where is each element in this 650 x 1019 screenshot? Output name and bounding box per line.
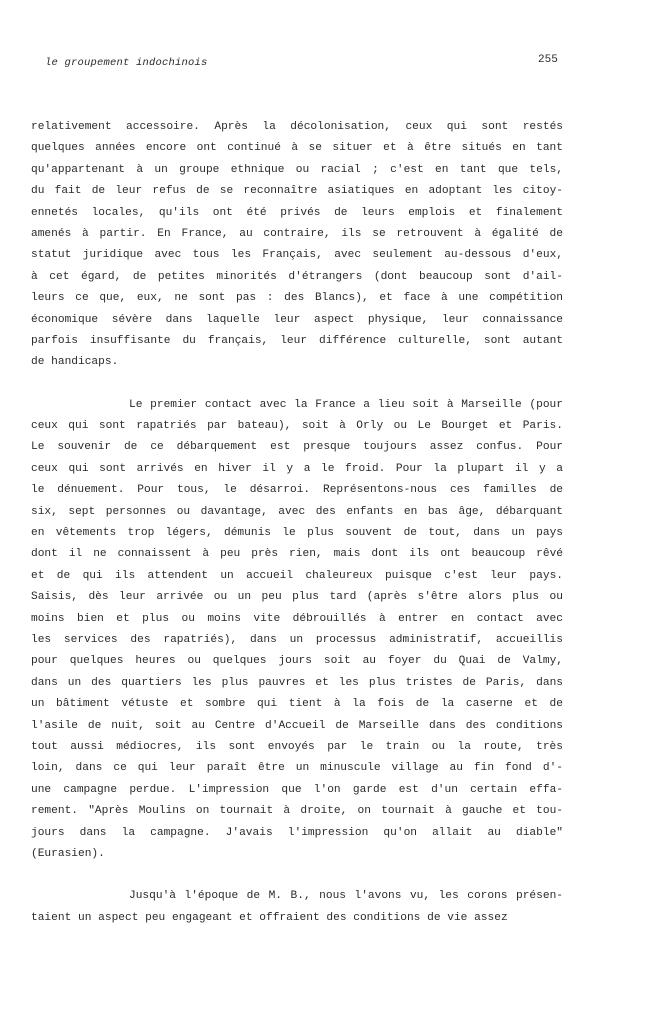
document-page: le groupement indochinois 255 relativeme… — [0, 0, 650, 1019]
text-line: en vêtements trop légers, démunis le plu… — [31, 523, 563, 544]
paragraph-gap — [31, 865, 563, 886]
paragraph-gap — [31, 374, 563, 395]
text-line: Jusqu'à l'époque de M. B., nous l'avons … — [31, 886, 563, 907]
text-line: parfois insuffisante du français, leur d… — [31, 331, 563, 352]
text-line: qu'appartenant à un groupe ethnique ou r… — [31, 160, 563, 181]
text-line: économique sévère dans laquelle leur asp… — [31, 310, 563, 331]
text-line: l'asile de nuit, soit au Centre d'Accuei… — [31, 716, 563, 737]
text-line: ceux qui sont rapatriés par bateau), soi… — [31, 416, 563, 437]
text-line: ceux qui sont arrivés en hiver il y a le… — [31, 459, 563, 480]
text-line: Le premier contact avec la France a lieu… — [31, 395, 563, 416]
text-line: leurs ce que, eux, ne sont pas : des Bla… — [31, 288, 563, 309]
text-line: tout aussi médiocres, ils sont envoyés p… — [31, 737, 563, 758]
text-line: dans un des quartiers les plus pauvres e… — [31, 673, 563, 694]
text-line: pour quelques heures ou quelques jours s… — [31, 651, 563, 672]
page-number: 255 — [538, 54, 558, 66]
text-line: Saisis, dès leur arrivée ou un peu plus … — [31, 587, 563, 608]
text-line: taient un aspect peu engageant et offrai… — [31, 908, 563, 929]
text-line: loin, dans ce qui leur paraît être un mi… — [31, 758, 563, 779]
text-line: à cet égard, de petites minorités d'étra… — [31, 267, 563, 288]
text-line: statut juridique avec tous les Français,… — [31, 245, 563, 266]
text-line: et de qui ils attendent un accueil chale… — [31, 566, 563, 587]
text-line: ennetés locales, qu'ils ont été privés d… — [31, 203, 563, 224]
text-line: du fait de leur refus de se reconnaître … — [31, 181, 563, 202]
text-line: jours dans la campagne. J'avais l'impres… — [31, 823, 563, 844]
running-title: le groupement indochinois — [45, 57, 208, 69]
paragraph: Le premier contact avec la France a lieu… — [31, 395, 563, 866]
text-line: le dénuement. Pour tous, le désarroi. Re… — [31, 480, 563, 501]
text-line: moins bien et plus ou moins vite débroui… — [31, 609, 563, 630]
paragraph: relativement accessoire. Après la décolo… — [31, 117, 563, 374]
text-line: de handicaps. — [31, 352, 563, 373]
text-line: Le souvenir de ce débarquement est presq… — [31, 437, 563, 458]
text-line: un bâtiment vétuste et sombre qui tient … — [31, 694, 563, 715]
text-line: quelques années encore ont continué à se… — [31, 138, 563, 159]
text-line: dont il ne connaissent à peu près rien, … — [31, 544, 563, 565]
text-line: les services des rapatriés), dans un pro… — [31, 630, 563, 651]
text-line: (Eurasien). — [31, 844, 563, 865]
text-line: six, sept personnes ou davantage, avec d… — [31, 502, 563, 523]
paragraph: Jusqu'à l'époque de M. B., nous l'avons … — [31, 886, 563, 929]
text-line: relativement accessoire. Après la décolo… — [31, 117, 563, 138]
text-line: rement. "Après Moulins on tournait à dro… — [31, 801, 563, 822]
text-line: une campagne perdue. L'impression que l'… — [31, 780, 563, 801]
body-text: relativement accessoire. Après la décolo… — [31, 117, 563, 929]
text-line: amenés à partir. En France, au contraire… — [31, 224, 563, 245]
